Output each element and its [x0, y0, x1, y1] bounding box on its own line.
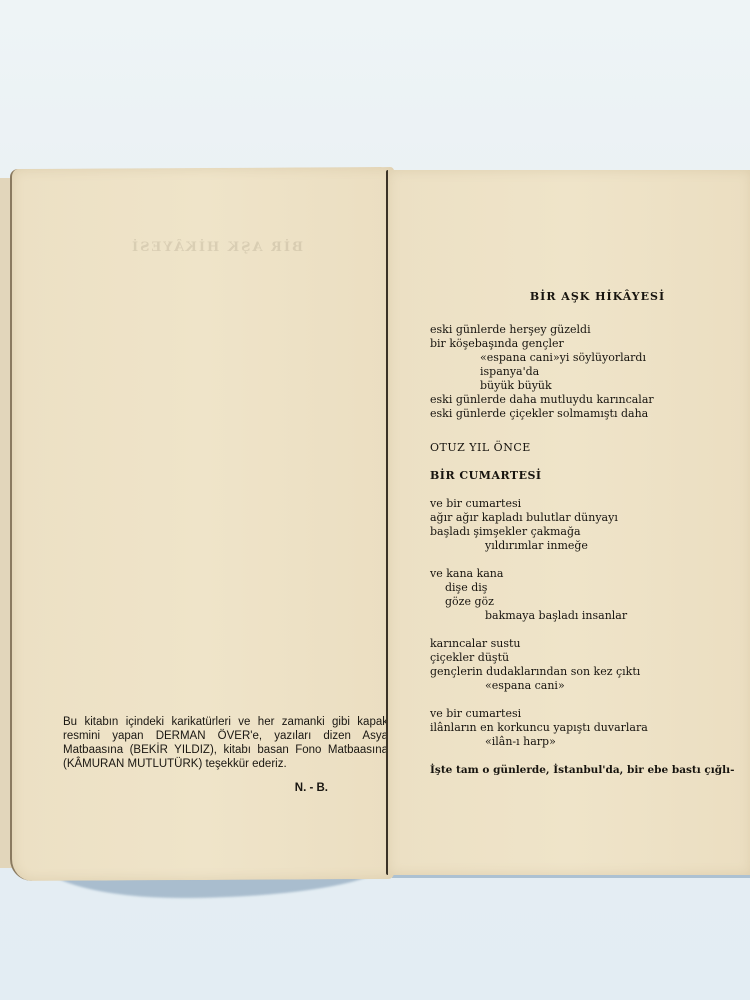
poem: BİR AŞK HİKÂYESİ eski günlerde herşey gü… — [430, 290, 745, 777]
poem-line: ilânların en korkuncu yapıştı duvarlara — [430, 721, 745, 735]
poem-line: göze göz — [430, 595, 745, 609]
poem-line: gençlerin dudaklarından son kez çıktı — [430, 665, 745, 679]
poem-line: «espana cani» — [430, 679, 745, 693]
stanza-2: ve bir cumartesi ağır ağır kapladı bulut… — [430, 497, 745, 553]
poem-line: «ilân-ı harp» — [430, 735, 745, 749]
signature: N. - B. — [63, 781, 388, 795]
poem-line: «espana cani»yi söylüyorlardı — [430, 351, 745, 365]
poem-line: ve kana kana — [430, 567, 745, 581]
poem-line: bakmaya başladı insanlar — [430, 609, 745, 623]
poem-line: dişe diş — [430, 581, 745, 595]
section-heading: OTUZ YIL ÖNCE — [430, 441, 745, 455]
acknowledgement-text: Bu kitabın içindeki karikatürleri ve her… — [63, 715, 388, 771]
poem-line: bir köşebaşında gençler — [430, 337, 745, 351]
stanza-3: ve kana kana dişe diş göze göz bakmaya b… — [430, 567, 745, 623]
closing-line: İşte tam o günlerde, İstanbul'da, bir eb… — [430, 763, 745, 777]
poem-line: karıncalar sustu — [430, 637, 745, 651]
poem-line: eski günlerde çiçekler solmamıştı daha — [430, 407, 745, 421]
poem-line: ağır ağır kapladı bulutlar dünyayı — [430, 511, 745, 525]
poem-line: ispanya'da — [430, 365, 745, 379]
poem-line: eski günlerde herşey güzeldi — [430, 323, 745, 337]
poem-line: çiçekler düştü — [430, 651, 745, 665]
poem-title: BİR AŞK HİKÂYESİ — [430, 290, 745, 304]
poem-line: ve bir cumartesi — [430, 497, 745, 511]
poem-line: büyük büyük — [430, 379, 745, 393]
show-through-title: BİR AŞK HİKÂYESİ — [130, 240, 303, 255]
section-heading: BİR CUMARTESİ — [430, 469, 745, 483]
poem-line: yıldırımlar inmeğe — [430, 539, 745, 553]
stanza-1: eski günlerde herşey güzeldi bir köşebaş… — [430, 323, 745, 421]
poem-line: eski günlerde daha mutluydu karıncalar — [430, 393, 745, 407]
stanza-5: ve bir cumartesi ilânların en korkuncu y… — [430, 707, 745, 749]
poem-line: ve bir cumartesi — [430, 707, 745, 721]
stanza-4: karıncalar sustu çiçekler düştü gençleri… — [430, 637, 745, 693]
poem-line: başladı şimşekler çakmağa — [430, 525, 745, 539]
acknowledgement-block: Bu kitabın içindeki karikatürleri ve her… — [63, 715, 388, 795]
